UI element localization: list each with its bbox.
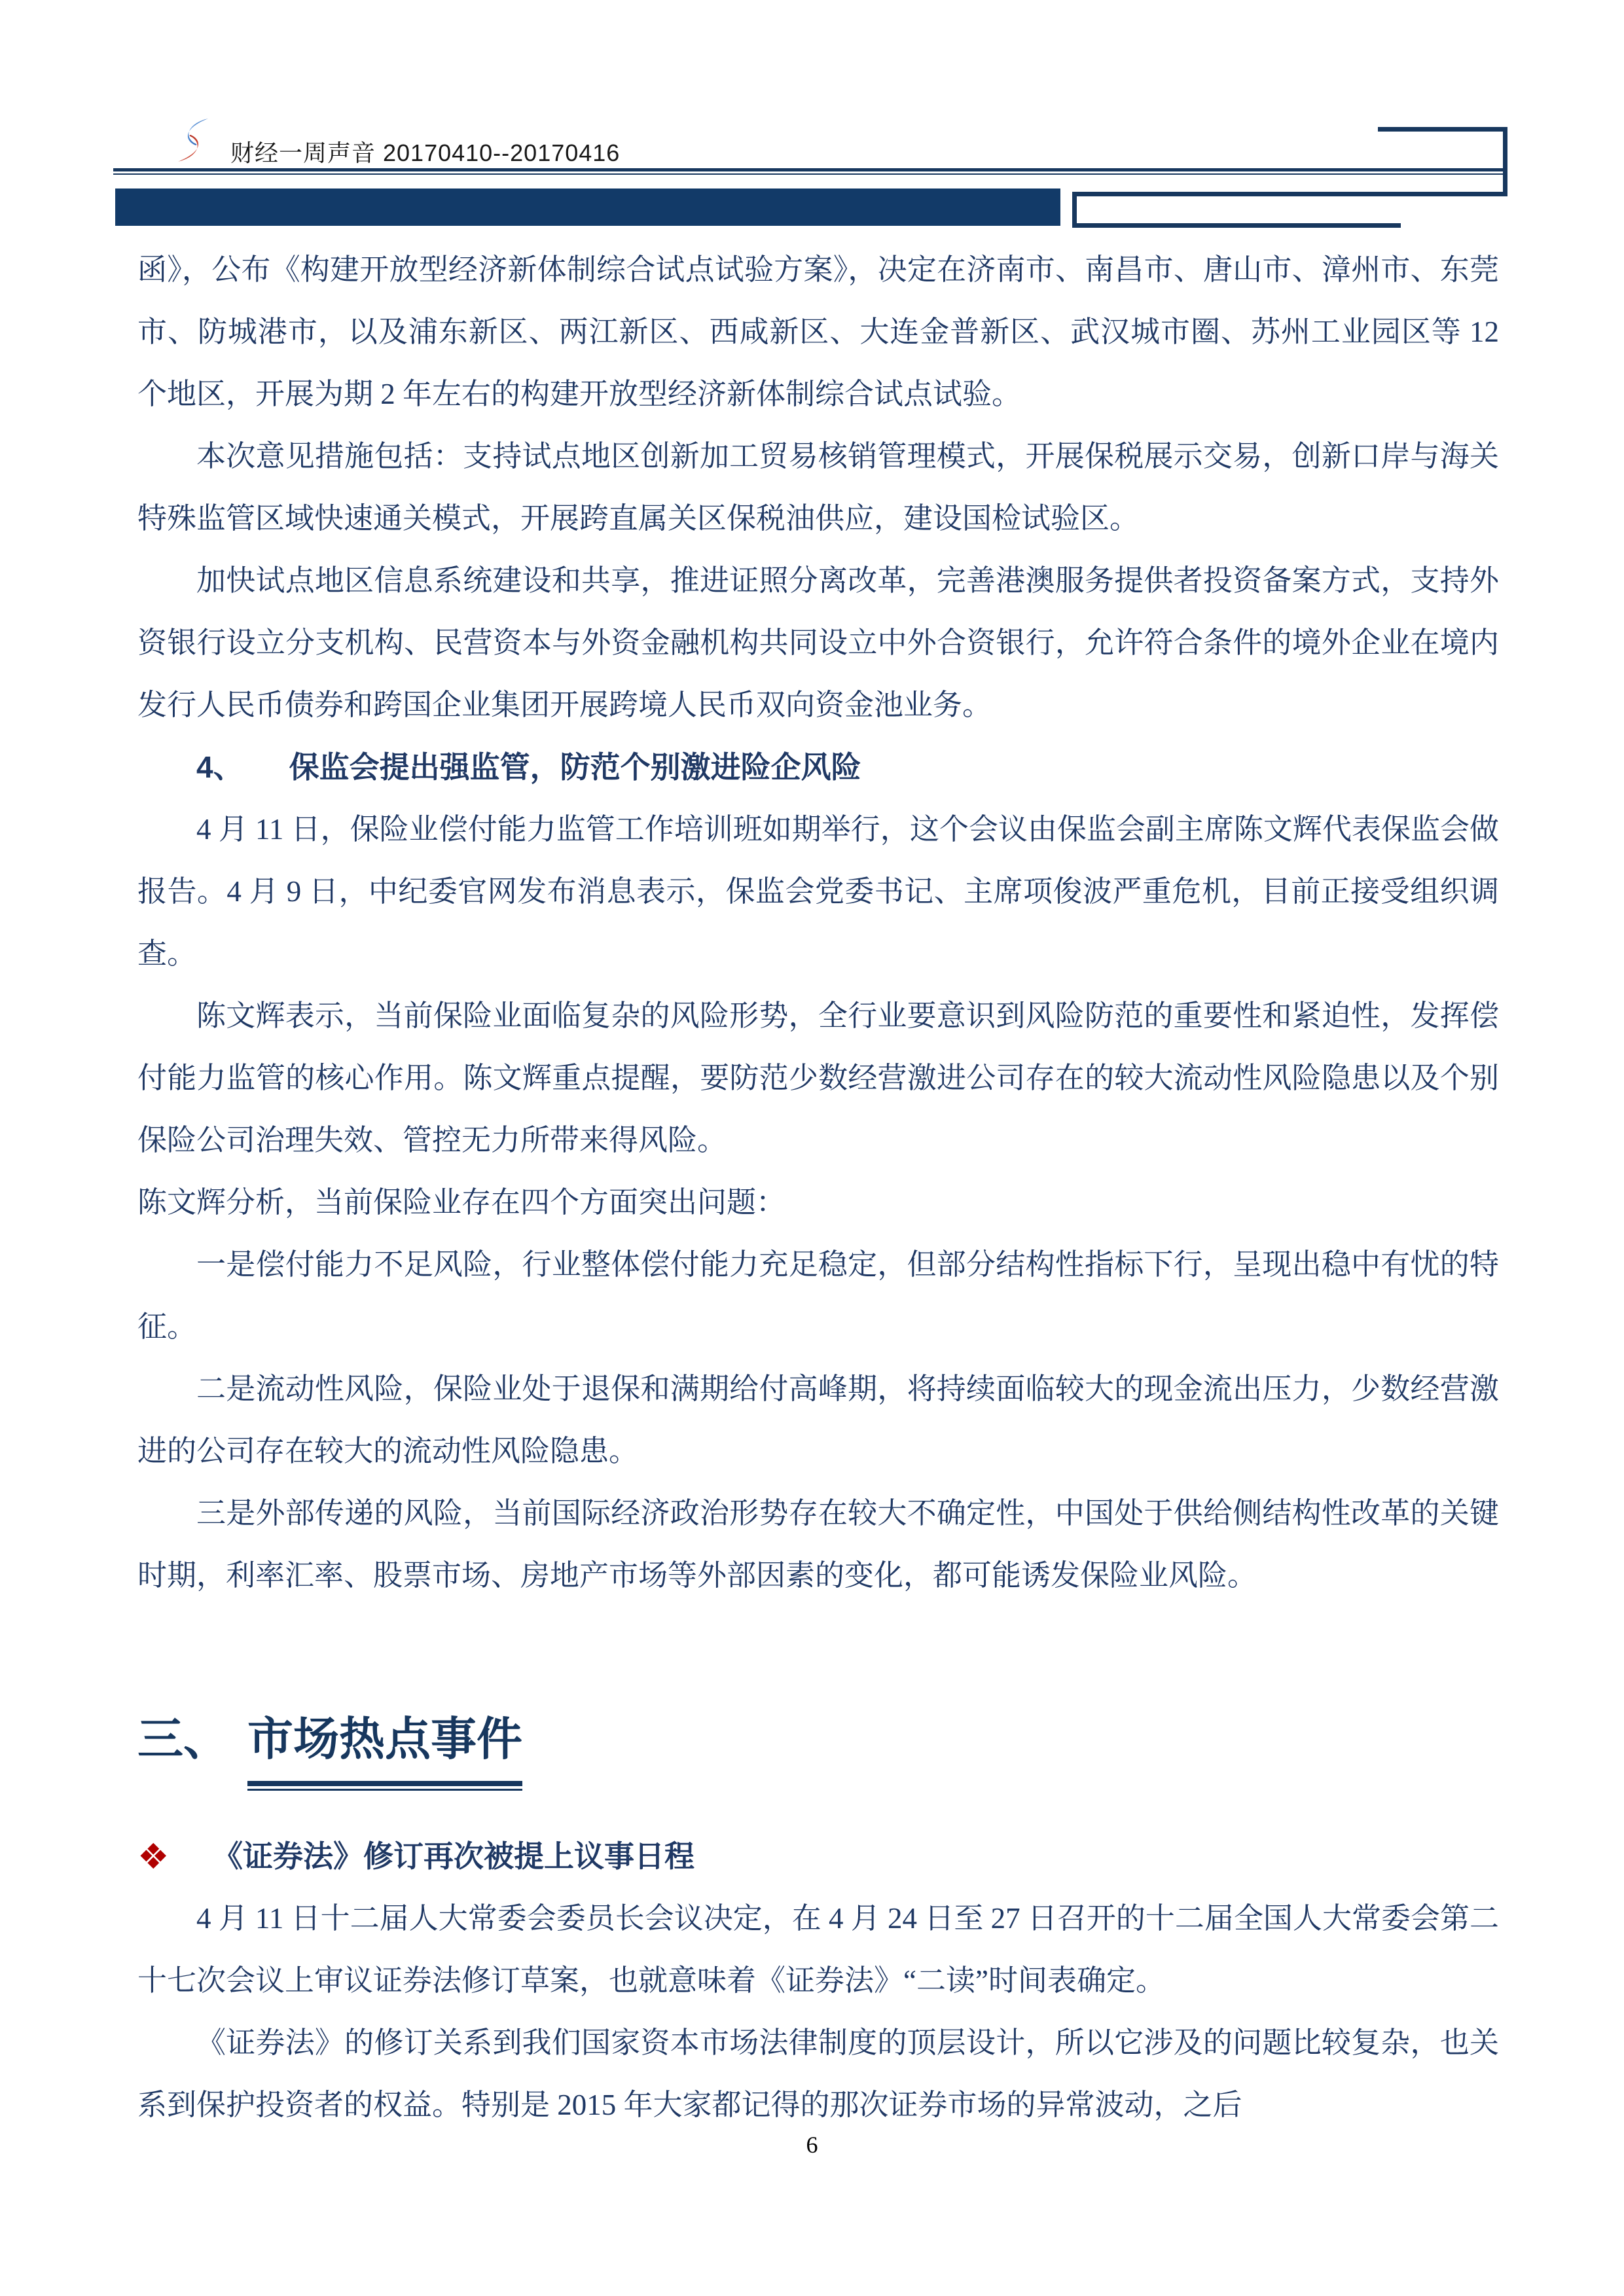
decor-box-border-middle xyxy=(1072,192,1507,196)
brand-logo-icon xyxy=(174,118,212,162)
page-number: 6 xyxy=(0,2131,1624,2159)
section-heading: 三、市场热点事件 xyxy=(137,1702,1499,1786)
section-number: 三、 xyxy=(137,1713,229,1765)
section-title: 市场热点事件 xyxy=(247,1702,522,1786)
decor-box-border-left xyxy=(1072,192,1077,228)
masthead-title: 财经一周声音 20170410--20170416 xyxy=(230,140,620,166)
subheading-number: 4、 xyxy=(196,750,244,784)
header-rule-thin xyxy=(113,173,1507,175)
paragraph: 三是外部传递的风险，当前国际经济政治形势存在较大不确定性，中国处于供给侧结构性改… xyxy=(137,1482,1499,1607)
header-rule-thick xyxy=(113,168,1507,171)
subheading-title: 保监会提出强监管，防范个别激进险企风险 xyxy=(289,750,861,784)
paragraph: 4 月 11 日十二届人大常委会委员长会议决定，在 4 月 24 日至 27 日… xyxy=(137,1888,1499,2012)
decor-box-border-top xyxy=(1378,127,1507,132)
decor-box-border-bottom xyxy=(1072,223,1401,228)
paragraph: 本次意见措施包括：支持试点地区创新加工贸易核销管理模式，开展保税展示交易，创新口… xyxy=(137,425,1499,550)
paragraph: 陈文辉表示，当前保险业面临复杂的风险形势，全行业要意识到风险防范的重要性和紧迫性… xyxy=(137,985,1499,1172)
header-navy-bar xyxy=(115,188,1060,226)
paragraph: 《证券法》的修订关系到我们国家资本市场法律制度的顶层设计，所以它涉及的问题比较复… xyxy=(137,2012,1499,2136)
paragraph: 一是偿付能力不足风险，行业整体偿付能力充足稳定，但部分结构性指标下行，呈现出稳中… xyxy=(137,1234,1499,1358)
document-body: 函》，公布《构建开放型经济新体制综合试点试验方案》，决定在济南市、南昌市、唐山市… xyxy=(137,239,1499,2136)
bullet-heading: ❖ 《证券法》修订再次被提上议事日程 xyxy=(137,1825,1499,1888)
red-diamond-bullet-icon: ❖ xyxy=(137,1825,177,1888)
numbered-subheading: 4、保监会提出强监管，防范个别激进险企风险 xyxy=(137,736,1499,798)
paragraph: 4 月 11 日，保险业偿付能力监管工作培训班如期举行，这个会议由保监会副主席陈… xyxy=(137,798,1499,985)
paragraph: 加快试点地区信息系统建设和共享，推进证照分离改革，完善港澳服务提供者投资备案方式… xyxy=(137,550,1499,736)
paragraph: 二是流动性风险，保险业处于退保和满期给付高峰期，将持续面临较大的现金流出压力，少… xyxy=(137,1358,1499,1482)
document-page: 财经一周声音 20170410--20170416 函》，公布《构建开放型经济新… xyxy=(0,0,1624,2296)
decor-box-border-right xyxy=(1503,127,1507,196)
bullet-heading-title: 《证券法》修订再次被提上议事日程 xyxy=(213,1825,695,1888)
paragraph: 陈文辉分析，当前保险业存在四个方面突出问题： xyxy=(137,1172,1499,1234)
paragraph: 函》，公布《构建开放型经济新体制综合试点试验方案》，决定在济南市、南昌市、唐山市… xyxy=(137,239,1499,425)
